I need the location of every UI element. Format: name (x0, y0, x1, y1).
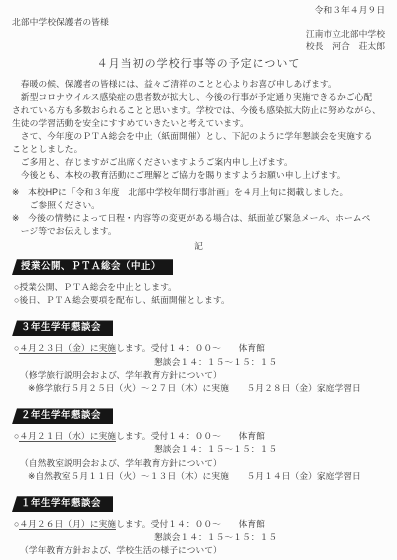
meeting-date-rest: します。受付１４：００～ 体育館 (116, 431, 265, 441)
meeting-date-line: ○４月２３日（金）に実施します。受付１４：００～ 体育館 (14, 342, 385, 355)
section-header-label: １年生学年懇談会 (21, 498, 101, 509)
meeting-note-line: ※自然教室５月１１日（火）～１３日（木）に実施 ５月１４日（金）家庭学習日 (14, 470, 385, 483)
section-line: ○授業公開、ＰＴＡ総会を中止とします。 (14, 281, 385, 294)
section-body: ○授業公開、ＰＴＡ総会を中止とします。 ○後日、ＰＴＡ総会要項を配布し、紙面開催… (12, 281, 385, 307)
section-header-label: ２年生学年懇談会 (21, 410, 101, 421)
meeting-date-rest: します。受付１４：００～ 体育館 (116, 519, 265, 529)
meeting-topic-line: （修学旅行説明会および、学年教育方針について） (14, 369, 385, 382)
meeting-date-line: ○４月２１日（水）に実施します。受付１４：００～ 体育館 (14, 430, 385, 443)
section-pta-cancel: 授業公開、ＰＴＡ総会（中止） ○授業公開、ＰＴＡ総会を中止とします。 ○後日、Ｐ… (12, 259, 385, 307)
meeting-time-line: 懇談会１４：１５～１５：１５ (14, 356, 385, 369)
recipient-line: 北部中学校保護者の皆様 (12, 16, 385, 28)
meeting-date-line: ○４月２６日（月）に実施します。受付１４：００～ 体育館 (14, 518, 385, 531)
section-header-banner: 授業公開、ＰＴＡ総会（中止） (12, 259, 173, 275)
section-line: ○後日、ＰＴＡ総会要項を配布し、紙面開催とします。 (14, 294, 385, 307)
section-header-label: 授業公開、ＰＴＡ総会（中止） (21, 261, 161, 272)
document-page: 令和３年４月９日 北部中学校保護者の皆様 江南市立北部中学校 校長 河合 荘太郎… (0, 0, 397, 558)
sender-block: 江南市立北部中学校 校長 河合 荘太郎 (12, 28, 385, 52)
ki-marker: 記 (12, 240, 385, 253)
document-date: 令和３年４月９日 (12, 4, 385, 16)
meeting-date-underlined: ４月２１日（水）に実施 (19, 431, 116, 442)
note-change-policy: ※ 今後の情勢によって日程・内容等の変更がある場合は、紙面並び緊急メール、ホーム… (12, 212, 385, 238)
meeting-topic-line: （学年教育方針および、学校生活の様子について） (14, 544, 385, 557)
meeting-note-line: ※修学旅行５月２５日（火）～２７日（木）に実施 ５月２８日（金）家庭学習日 (14, 382, 385, 395)
principal-name: 校長 河合 荘太郎 (12, 40, 385, 52)
section-body: ○４月２６日（月）に実施します。受付１４：００～ 体育館 懇談会１４：１５～１５… (12, 518, 385, 558)
section-header-banner: ２年生学年懇談会 (12, 408, 113, 424)
body-paragraphs: 春暖の候、保護者の皆様には、益々ご清祥のことと心よりお喜び申しあげます。 新型コ… (12, 78, 385, 182)
section-grade1-meeting: １年生学年懇談会 ○４月２６日（月）に実施します。受付１４：００～ 体育館 懇談… (12, 496, 385, 558)
meeting-time-line: 懇談会１４：１５～１５：１５ (14, 531, 385, 544)
section-grade2-meeting: ２年生学年懇談会 ○４月２１日（水）に実施します。受付１４：００～ 体育館 懇談… (12, 408, 385, 483)
section-grade3-meeting: ３年生学年懇談会 ○４月２３日（金）に実施します。受付１４：００～ 体育館 懇談… (12, 320, 385, 395)
meeting-date-rest: します。受付１４：００～ 体育館 (116, 343, 265, 353)
note-hp-schedule: ※ 本校HPに「令和３年度 北部中学校年間行事計画」を４月上旬に掲載しました。 … (12, 186, 385, 212)
document-title: ４月当初の学校行事等の予定について (12, 57, 385, 72)
section-header-label: ３年生学年懇談会 (21, 322, 101, 333)
notes-block: ※ 本校HPに「令和３年度 北部中学校年間行事計画」を４月上旬に掲載しました。 … (12, 186, 385, 238)
section-body: ○４月２１日（水）に実施します。受付１４：００～ 体育館 懇談会１４：１５～１５… (12, 430, 385, 483)
section-header-banner: ３年生学年懇談会 (12, 320, 113, 336)
meeting-time-line: 懇談会１４：１５～１５：１５ (14, 443, 385, 456)
section-header-banner: １年生学年懇談会 (12, 496, 113, 512)
meeting-date-underlined: ４月２３日（金）に実施 (19, 343, 116, 354)
meeting-date-underlined: ４月２６日（月）に実施 (19, 519, 116, 530)
section-body: ○４月２３日（金）に実施します。受付１４：００～ 体育館 懇談会１４：１５～１５… (12, 342, 385, 395)
meeting-topic-line: （自然教室説明会および、学年教育方針について） (14, 457, 385, 470)
school-name: 江南市立北部中学校 (12, 28, 385, 40)
